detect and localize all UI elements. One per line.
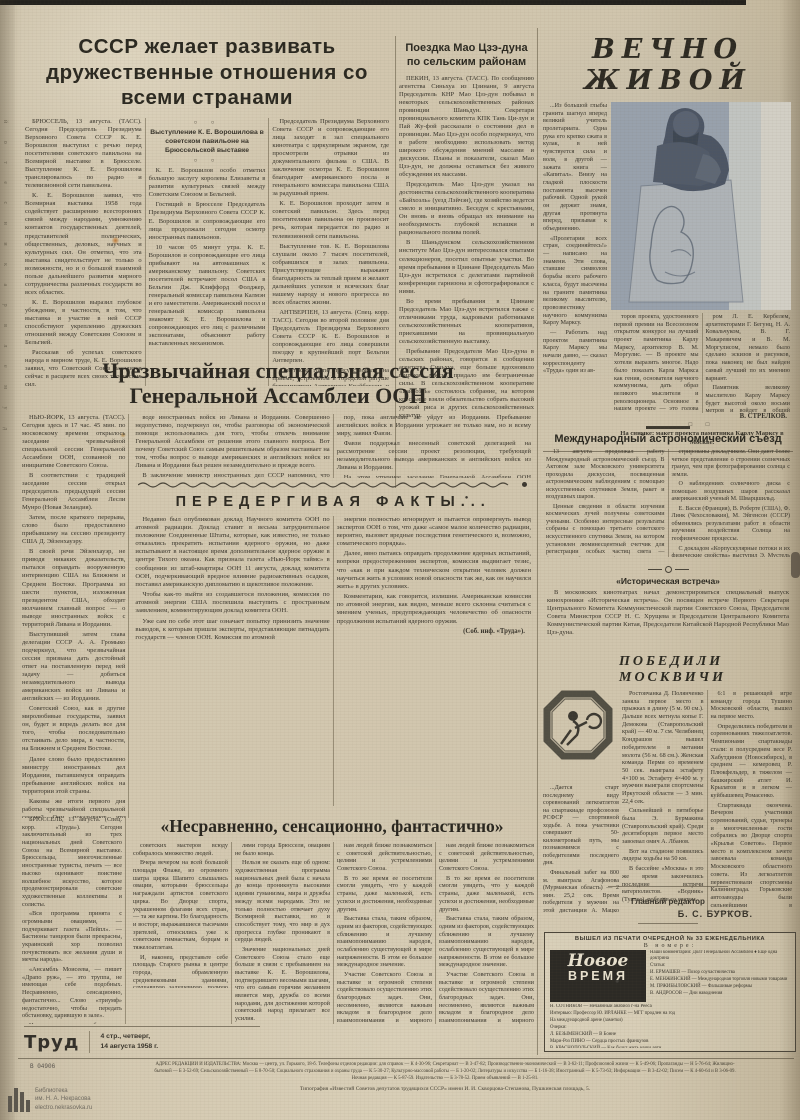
article-sensation: БРЮССЕЛЬ, 13 августа. (Спец. корр. «Труд… xyxy=(22,816,534,1024)
trud-nameplate: Труд 4 стр., четверг, 14 августа 1958 г. xyxy=(24,1026,260,1053)
article-sensation-col0: БРЮССЕЛЬ, 13 августа. (Спец. корр. «Труд… xyxy=(22,816,125,1024)
ad-in-issue-label: В номере: xyxy=(550,943,790,949)
article-ussr-col1: БРЮССЕЛЬ, 13 августа. (ТАСС). Сегодня Пр… xyxy=(22,118,145,386)
article-sensation-col4: нам людей ближе познакомиться с советско… xyxy=(435,842,537,1024)
novoe-vremya-logo-line1: Новое xyxy=(552,953,644,970)
torn-edge-text: й о т е с н и к а р в л е м у д xyxy=(2,120,8,438)
article-sensation-col4-real: нам людей ближе познакомиться с советско… xyxy=(439,842,534,1024)
editor-block: Главный редактор Б. С. БУРКОВ. xyxy=(543,886,793,924)
article-ussr-friendship: СССР желает развивать дружественные отно… xyxy=(22,34,392,386)
article-vechno-signature: В. СТРЕЛКОВ. xyxy=(611,413,793,420)
article-sensation-headline: «Несравненно, сенсационно, фантастично» xyxy=(130,816,534,837)
article-vechno-intro: ...Из большой глыбы гранита шагнул впере… xyxy=(543,102,607,424)
article-un-session: Чрезвычайная специальная сессия Генераль… xyxy=(22,358,534,818)
ad-items-side: Наши комментарии: Долг Генеральной Ассам… xyxy=(650,950,790,998)
article-astro-col2: стрированы докладчиком. Они дают более ч… xyxy=(668,449,794,557)
scan-top-edge xyxy=(0,0,746,5)
ornament-circles: ○ ○ xyxy=(149,158,266,165)
article-astro-headline: Международный астрономический съезд xyxy=(543,433,793,445)
rule-end-dot xyxy=(522,482,527,487)
article-historic-meeting: «Историческая встреча» В московских кино… xyxy=(543,566,793,651)
article-ussr-headline: СССР желает развивать дружественные отно… xyxy=(22,34,392,111)
library-url: electro.nekrasovka.ru xyxy=(35,1104,92,1112)
footer-address: АДРЕС РЕДАКЦИИ И ИЗДАТЕЛЬСТВА: Москва — … xyxy=(95,1061,795,1083)
torn-edge-strip: й о т е с н и к а р в л е м у д xyxy=(0,0,15,1120)
novoe-vremya-logo-line2: ВРЕМЯ xyxy=(552,970,644,984)
article-facts-col2-text: энергии полностью игнорирует и пытается … xyxy=(337,516,531,626)
article-ussr-col2-text: К. Е. Ворошилов особо отметил большую за… xyxy=(149,167,266,348)
article-vechno-col-a: торов проекта, удостоенного первой преми… xyxy=(611,313,702,413)
article-facts-headline: ПЕРЕДЕРГИВАЯ ФАКТЫ... xyxy=(132,494,534,510)
editor-name: Б. С. БУРКОВ. xyxy=(543,909,793,919)
library-name-line2: им. Н. А. Некрасова xyxy=(35,1095,92,1103)
edition-info: 4 стр., четверг, 14 августа 1958 г. xyxy=(100,1032,158,1052)
wavy-rule xyxy=(138,482,528,488)
article-un-headline: Чрезвычайная специальная сессия Генераль… xyxy=(22,358,534,409)
library-stamp: В 04906 xyxy=(30,1063,55,1070)
trud-logo: Труд xyxy=(24,1032,79,1053)
editor-label: Главный редактор xyxy=(631,897,705,906)
article-ussr-col2: ○ ○ Выступление К. Е. Ворошилова в совет… xyxy=(145,118,269,386)
article-sport-muscovites: ПОБЕДИЛИ МОСКВИЧИ ...Дается старт послед… xyxy=(543,654,795,913)
library-logo-icon xyxy=(8,1078,30,1112)
ad-items-full: Н. СОТНИКОВ — Нечаянный анабиоз г-на Рее… xyxy=(550,1004,790,1048)
article-ussr-col3: Председатель Президиума Верховного Совет… xyxy=(268,118,392,386)
article-vechno-col-b: ром Л. Е. Кербелем, архитекторами Г. Бег… xyxy=(702,313,794,413)
article-facts-col2: энергии полностью игнорирует и пытается … xyxy=(333,516,534,806)
library-watermark: Библиотека им. Н. А. Некрасова electro.n… xyxy=(8,1078,92,1112)
column-divider-main xyxy=(537,28,538,1055)
article-sport-col2: 6:1 в решающей игре команду города Тушин… xyxy=(707,690,796,912)
section-divider-bar xyxy=(646,426,690,429)
article-sensation-col3: нам людей ближе познакомиться с советско… xyxy=(333,842,435,1024)
article-facts: ПЕРЕДЕРГИВАЯ ФАКТЫ... Недавно был опубли… xyxy=(132,494,534,806)
article-mao-headline: Поездка Мао Цзэ-дуна по сельским районам xyxy=(399,42,534,70)
article-astro-congress: Международный астрономический съезд 13 а… xyxy=(543,426,793,557)
newspaper-page: й о т е с н и к а р в л е м у д СССР жел… xyxy=(0,0,800,1120)
article-meeting-headline: «Историческая встреча» xyxy=(543,576,793,586)
divider-ornament xyxy=(543,566,793,573)
ornament-circles: ○ ○ xyxy=(149,120,266,127)
article-un-col1: НЬЮ-ЙОРК, 13 августа. (ТАСС). Сегодня зд… xyxy=(22,414,128,818)
ad-header: ВЫШЕЛ ИЗ ПЕЧАТИ ОЧЕРЕДНОЙ № 33 ЕЖЕНЕДЕЛЬ… xyxy=(550,936,790,942)
footer-rule xyxy=(18,1058,794,1059)
article-facts-signature: (Соб. инф. «Труда»). xyxy=(337,628,531,636)
marx-monument-photo xyxy=(611,102,791,310)
article-meeting-body: В московских кинотеатрах начал демонстри… xyxy=(543,589,793,651)
library-name-line1: Библиотека xyxy=(35,1087,92,1095)
novoe-vremya-ad: ВЫШЕЛ ИЗ ПЕЧАТИ ОЧЕРЕДНОЙ № 33 ЕЖЕНЕДЕЛЬ… xyxy=(544,932,796,1052)
article-vechno-zhivoy: Вечно живой ...Из большой глыбы гранита … xyxy=(543,34,793,452)
article-ussr-subhead: Выступление К. Е. Ворошилова в советском… xyxy=(149,129,266,155)
footer-print-line: Типография «Известий Советов депутатов т… xyxy=(95,1086,795,1092)
article-sensation-col2: лями города Брюсселя, овациям не было ко… xyxy=(231,842,333,1024)
article-vechno-title: Вечно живой xyxy=(543,34,793,96)
article-sensation-col1: советских мастеров всюду собиралось множ… xyxy=(130,842,231,988)
article-astro-col1: 13 августа продолжал работу Международны… xyxy=(543,449,668,557)
article-un-col3: пор, пока англичане не уйдут из Иордании… xyxy=(333,414,534,478)
article-sport-headline: ПОБЕДИЛИ МОСКВИЧИ xyxy=(543,654,795,686)
novoe-vremya-logo: Новое ВРЕМЯ xyxy=(550,950,646,1002)
article-facts-col1: Недавно был опубликован доклад Научного … xyxy=(132,516,332,806)
article-un-col2: воде иностранных войск из Ливана и Иорда… xyxy=(132,414,332,478)
article-sport-col1: Ростовчанка Д. Полянченко заняла первое … xyxy=(619,690,707,912)
spartakiad-emblem-icon xyxy=(543,690,613,778)
